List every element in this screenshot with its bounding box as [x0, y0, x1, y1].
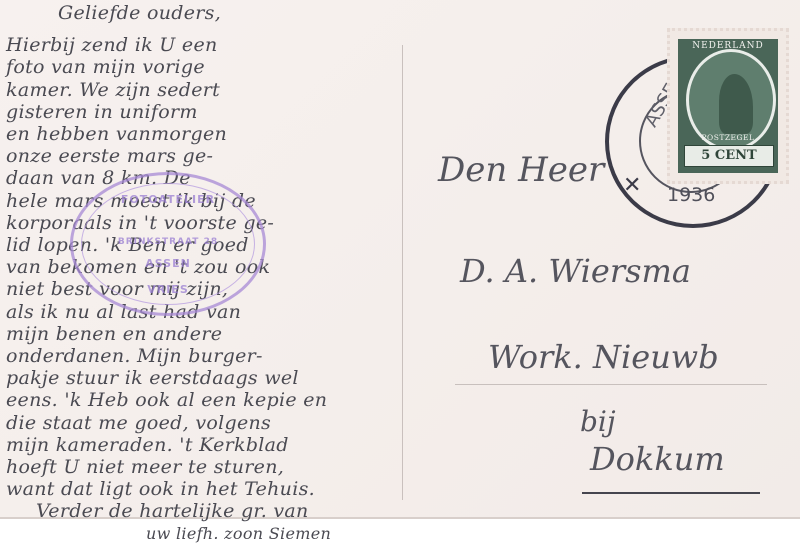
stamp-text-line2: BRINKSTRAAT 28	[73, 237, 263, 247]
address-line-3: Work. Nieuwb	[488, 338, 719, 376]
postcard-back: Geliefde ouders, Hierbij zend ik U een f…	[0, 0, 800, 519]
message-salutation: Geliefde ouders,	[6, 2, 406, 24]
stamp-value: 5 CENT	[684, 145, 774, 167]
message-line: pakje stuur ik eerstdaags wel	[6, 367, 406, 389]
message-line: gisteren in uniform	[6, 101, 406, 123]
message-line: onderdanen. Mijn burger-	[6, 345, 406, 367]
stamp-text-line4: VRIES	[73, 283, 263, 296]
center-divider-line	[402, 45, 403, 500]
postage-stamp: NEDERLAND POSTZEGEL 5 CENT	[667, 28, 789, 184]
address-line-2: D. A. Wiersma	[460, 252, 691, 290]
queen-portrait-icon	[719, 74, 753, 134]
purple-photographer-stamp: FOTOATELIER BRINKSTRAAT 28 ASSEN VRIES	[70, 172, 266, 316]
message-line: eens. 'k Heb ook al een kepie en	[6, 389, 406, 411]
address-underline	[582, 492, 760, 494]
address-line-5: Dokkum	[590, 440, 725, 478]
stamp-country: NEDERLAND	[678, 41, 778, 51]
message-line: want dat ligt ook in het Tehuis.	[6, 478, 406, 500]
message-line: mijn kameraden. 't Kerkblad	[6, 434, 406, 456]
address-line-1: Den Heer	[438, 150, 604, 190]
message-closing: Verder de hartelijke gr. van	[6, 500, 406, 521]
postmark-cross-icon: ✕	[623, 173, 641, 198]
message-line: hoeft U niet meer te sturen,	[6, 456, 406, 478]
address-guide-line	[455, 384, 767, 385]
stamp-face: NEDERLAND POSTZEGEL 5 CENT	[678, 39, 778, 173]
message-line: onze eerste mars ge-	[6, 145, 406, 167]
address-line-4: bij	[580, 405, 616, 438]
message-line: kamer. We zijn sedert	[6, 79, 406, 101]
message-line: mijn benen en andere	[6, 323, 406, 345]
stamp-caption: POSTZEGEL	[678, 133, 778, 142]
stamp-text-line3: ASSEN	[73, 257, 263, 270]
stamp-text-line1: FOTOATELIER	[73, 193, 263, 206]
postmark-year: 1936	[667, 184, 715, 206]
message-line: en hebben vanmorgen	[6, 123, 406, 145]
message-line: die staat me goed, volgens	[6, 412, 406, 434]
message-line: foto van mijn vorige	[6, 56, 406, 78]
message-line: Hierbij zend ik U een	[6, 34, 406, 56]
